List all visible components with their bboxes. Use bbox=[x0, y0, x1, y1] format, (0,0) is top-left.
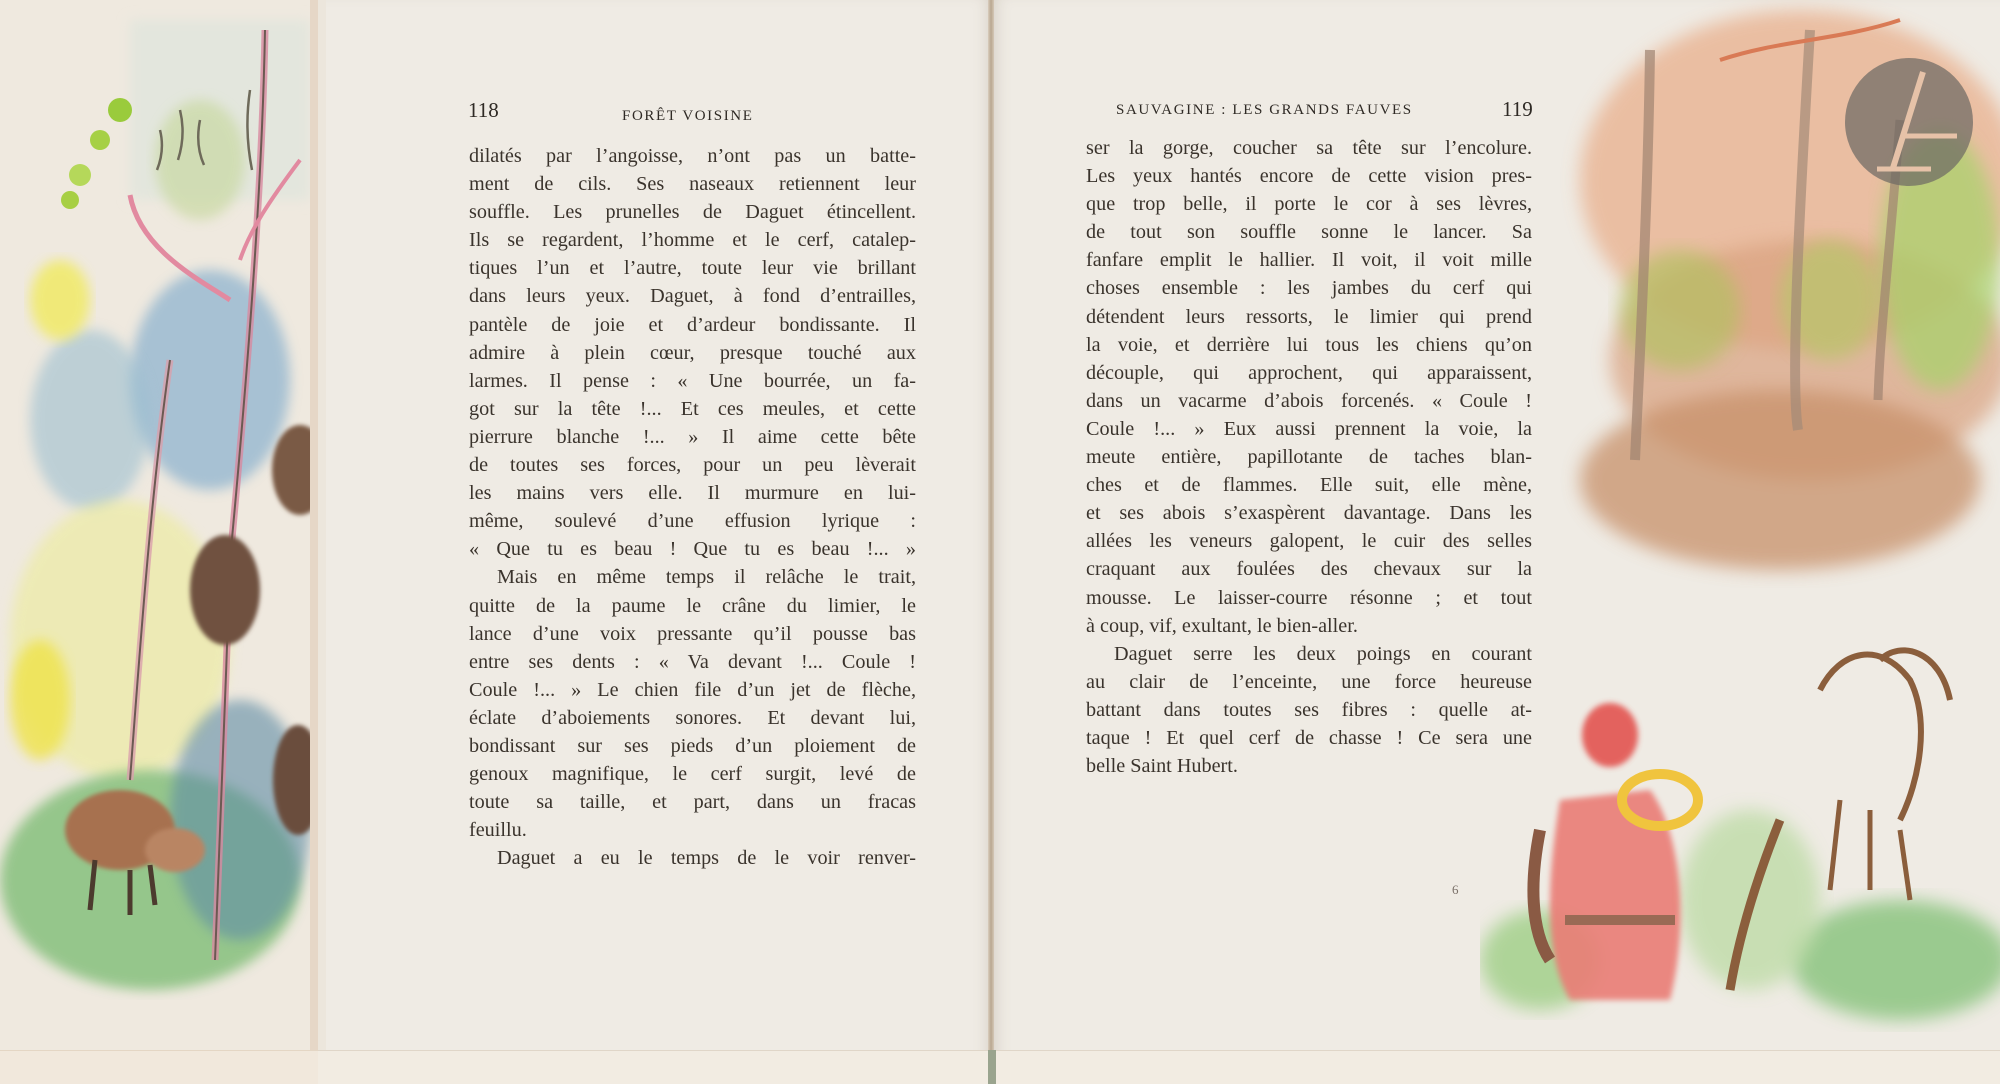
spine-foot bbox=[988, 1050, 996, 1084]
text-line: mousse. Le laisser-courre résonne ; et t… bbox=[1086, 584, 1532, 612]
text-line: dans un vacarme d’abois forcenés. « Coul… bbox=[1086, 387, 1532, 415]
text-line: pantèle de joie et d’ardeur bondissante.… bbox=[469, 311, 916, 339]
text-line: au clair de l’enceinte, une force heureu… bbox=[1086, 668, 1532, 696]
text-line: larmes. Il pense : « Une bourrée, un fa- bbox=[469, 367, 916, 395]
left-illustrated-flap bbox=[0, 0, 318, 1084]
text-line: entre ses dents : « Va devant !... Coule… bbox=[469, 648, 916, 676]
book-spread: 118 FORÊT VOISINE dilatés par l’angoisse… bbox=[0, 0, 2000, 1084]
text-line: toute sa taille, et part, dans un fracas bbox=[469, 788, 916, 816]
text-line: découple, qui approchent, qui apparaisse… bbox=[1086, 359, 1532, 387]
text-line: pierrure blanche !... » Il aime cette bê… bbox=[469, 423, 916, 451]
flap-edge bbox=[310, 0, 318, 1084]
text-line: taque ! Et quel cerf de chasse ! Ce sera… bbox=[1086, 724, 1532, 752]
right-page-text: ser la gorge, coucher sa tête sur l’enco… bbox=[1086, 134, 1532, 780]
text-line: éclate d’aboiements sonores. Et devant l… bbox=[469, 704, 916, 732]
text-line: genoux magnifique, le cerf surgit, levé … bbox=[469, 760, 916, 788]
text-line: Les yeux hantés encore de cette vision p… bbox=[1086, 162, 1532, 190]
text-line: les mains vers elle. Il murmure en lui- bbox=[469, 479, 916, 507]
text-line: allées les veneurs galopent, le cuir des… bbox=[1086, 527, 1532, 555]
text-line: tiques l’un et l’autre, toute leur vie b… bbox=[469, 254, 916, 282]
text-line: détendent leurs ressorts, le limier qui … bbox=[1086, 303, 1532, 331]
running-head-left: FORÊT VOISINE bbox=[622, 108, 754, 125]
text-line: que trop belle, il porte le cor à ses lè… bbox=[1086, 190, 1532, 218]
text-line: admire à plein cœur, presque touché aux bbox=[469, 339, 916, 367]
text-line: belle Saint Hubert. bbox=[1086, 752, 1532, 780]
text-line: lance d’une voix pressante qu’il pousse … bbox=[469, 620, 916, 648]
text-line: meute entière, papillotante de taches bl… bbox=[1086, 443, 1532, 471]
auction-house-logo-icon bbox=[1845, 58, 1973, 186]
text-line: « Que tu es beau ! Que tu es beau !... » bbox=[469, 535, 916, 563]
text-line: battant dans toutes ses fibres : quelle … bbox=[1086, 696, 1532, 724]
text-line: craquant aux foulées des chevaux sur la bbox=[1086, 555, 1532, 583]
text-line: Coule !... » Eux aussi prennent la voie,… bbox=[1086, 415, 1532, 443]
left-page-text: dilatés par l’angoisse, n’ont pas un bat… bbox=[469, 142, 916, 872]
text-line: de toutes ses forces, pour un peu lèvera… bbox=[469, 451, 916, 479]
text-line: dilatés par l’angoisse, n’ont pas un bat… bbox=[469, 142, 916, 170]
text-line: et ses abois s’exaspèrent davantage. Dan… bbox=[1086, 499, 1532, 527]
text-line: bondissant sur ses pieds d’un ploiement … bbox=[469, 732, 916, 760]
text-line: choses ensemble : les jambes du cerf qui bbox=[1086, 274, 1532, 302]
text-line: à coup, vif, exultant, le bien-aller. bbox=[1086, 612, 1532, 640]
text-line: de tout son souffle sonne le lancer. Sa bbox=[1086, 218, 1532, 246]
page-number-left: 118 bbox=[468, 98, 499, 123]
text-line: Daguet a eu le temps de le voir renver- bbox=[469, 844, 916, 872]
page-bottom-strip bbox=[318, 1050, 2000, 1084]
text-line: quitte de la paume le crâne du limier, l… bbox=[469, 592, 916, 620]
text-line: même, soulevé d’une effusion lyrique : bbox=[469, 507, 916, 535]
text-line: ser la gorge, coucher sa tête sur l’enco… bbox=[1086, 134, 1532, 162]
watercolor-forest-boars-illustration bbox=[0, 0, 318, 1000]
text-line: dans leurs yeux. Daguet, à fond d’entrai… bbox=[469, 282, 916, 310]
text-line: Mais en même temps il relâche le trait, bbox=[469, 563, 916, 591]
text-line: Ils se regardent, l’homme et le cerf, ca… bbox=[469, 226, 916, 254]
text-line: la voie, et derrière lui tous les chiens… bbox=[1086, 331, 1532, 359]
text-line: ment de cils. Ses naseaux retiennent leu… bbox=[469, 170, 916, 198]
text-line: feuillu. bbox=[469, 816, 916, 844]
text-line: got sur la tête !... Et ces meules, et c… bbox=[469, 395, 916, 423]
text-line: souffle. Les prunelles de Daguet étincel… bbox=[469, 198, 916, 226]
text-line: Daguet serre les deux poings en courant bbox=[1086, 640, 1532, 668]
text-line: fanfare emplit le hallier. Il voit, il v… bbox=[1086, 246, 1532, 274]
signature-mark: 6 bbox=[1452, 882, 1459, 898]
flap-bottom-strip bbox=[0, 1050, 318, 1084]
page-118: 118 FORÊT VOISINE dilatés par l’angoisse… bbox=[326, 0, 990, 1084]
text-line: Coule !... » Le chien file d’un jet de f… bbox=[469, 676, 916, 704]
text-line: ches et de flammes. Elle suit, elle mène… bbox=[1086, 471, 1532, 499]
running-head-right: SAUVAGINE : LES GRANDS FAUVES bbox=[1116, 102, 1413, 119]
